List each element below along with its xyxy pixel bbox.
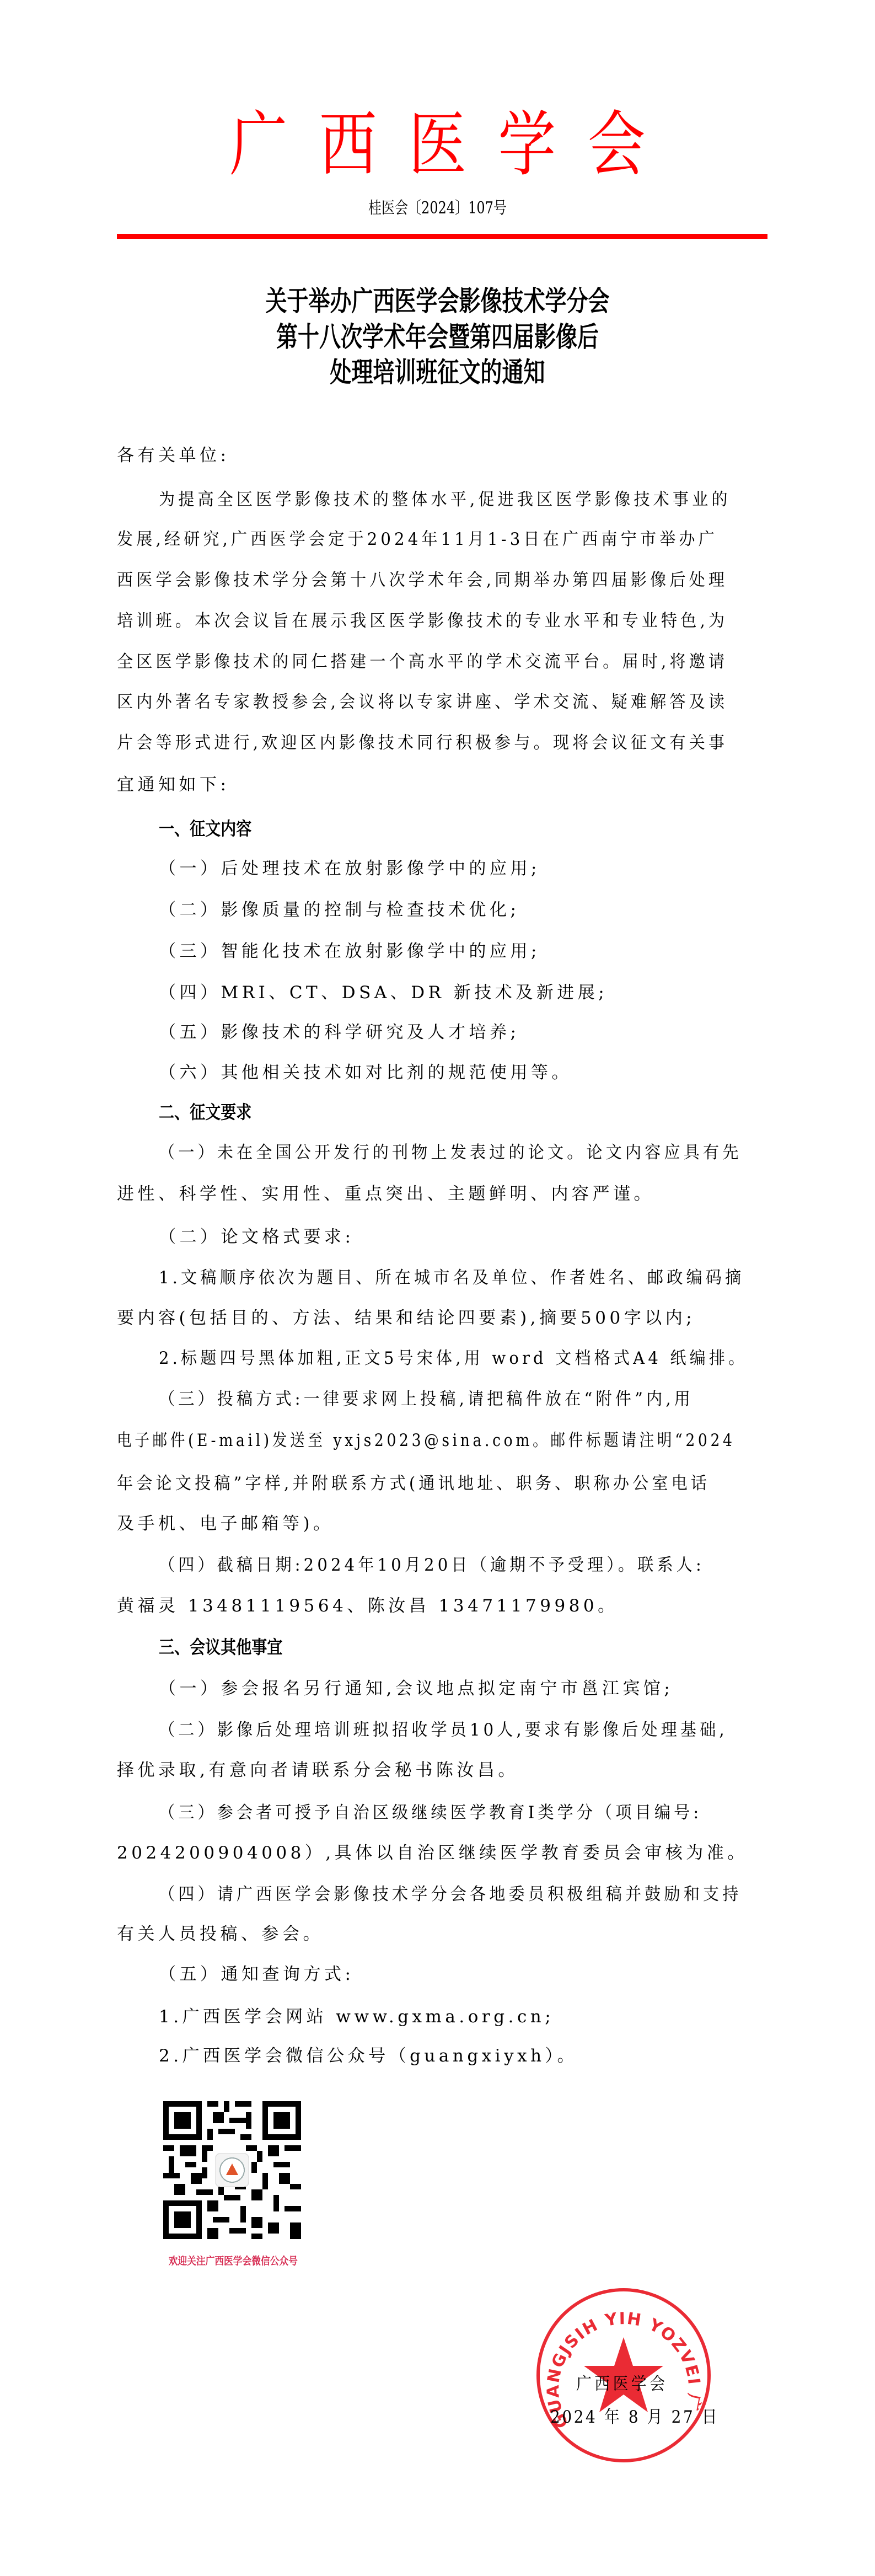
section-1-item: （三）智能化技术在放射影像学中的应用; <box>159 940 540 962</box>
intro-line: 西医学会影像技术学分会第十八次学术年会,同期举办第四届影像后处理 <box>117 569 728 591</box>
section-heading-1: 一、征文内容 <box>159 818 251 840</box>
section-3-line: 2024200904008）,具体以自治区继续医学教育委员会审核为准。 <box>117 1842 748 1864</box>
section-2-email-line: 电子邮件(E-mail)发送至 yxjs2023@sina.com。邮件标题请注… <box>117 1429 736 1452</box>
signature-date: 2024 年 8 月 27 日 <box>550 2406 719 2428</box>
section-2-line: 1.文稿顺序依次为题目、所在城市名及单位、作者姓名、邮政编码摘 <box>159 1267 744 1289</box>
intro-line: 培训班。本次会议旨在展示我区医学影像技术的专业水平和专业特色,为 <box>117 610 728 632</box>
section-2-contacts-line: 黄福灵 13481119564、陈汝昌 13471179980。 <box>117 1595 619 1617</box>
document-number: 桂医会〔2024〕107号 <box>88 197 788 219</box>
section-2-line: 及手机、电子邮箱等)。 <box>117 1513 334 1535</box>
notice-title-line-2: 第十八次学术年会暨第四届影像后 <box>96 319 779 355</box>
section-3-line: （三）参会者可授予自治区级继续医学教育Ⅰ类学分（项目编号: <box>159 1802 702 1824</box>
section-1-item: （五）影像技术的科学研究及人才培养; <box>159 1021 519 1043</box>
section-2-deadline-line: （四）截稿日期:2024年10月20日（逾期不予受理）。联系人: <box>159 1554 705 1576</box>
section-3-line: （五）通知查询方式: <box>159 1963 354 1985</box>
notice-title-line-3: 处理培训班征文的通知 <box>96 355 779 390</box>
section-2-line: （三）投稿方式:一律要求网上投稿,请把稿件放在“附件”内,用 <box>159 1388 694 1410</box>
section-3-line: （一）参会报名另行通知,会议地点拟定南宁市邕江宾馆; <box>159 1678 673 1700</box>
section-2-line: 年会论文投稿”字样,并附联系方式(通讯地址、职务、职称办公室电话 <box>117 1472 710 1495</box>
section-2-line: （二）论文格式要求: <box>159 1226 354 1248</box>
qr-caption: 欢迎关注广西医学会微信公众号 <box>169 2254 296 2268</box>
intro-line: 发展,经研究,广西医学会定于2024年11月1-3日在广西南宁市举办广 <box>117 528 718 550</box>
website-line: 1.广西医学会网站 www.gxma.org.cn; <box>159 2006 554 2028</box>
section-3-line: 择优录取,有意向者请联系分会秘书陈汝昌。 <box>117 1759 519 1781</box>
intro-line: 宜通知如下: <box>117 774 229 796</box>
section-3-line: 有关人员投稿、参会。 <box>117 1923 324 1945</box>
section-heading-3: 三、会议其他事宜 <box>159 1636 282 1658</box>
intro-line: 片会等形式进行,欢迎区内影像技术同行积极参与。现将会议征文有关事 <box>117 732 728 754</box>
intro-line: 为提高全区医学影像技术的整体水平,促进我区医学影像技术事业的 <box>159 489 731 511</box>
masthead-title: 广西医学会 <box>79 104 796 186</box>
section-1-item: （二）影像质量的控制与检查技术优化; <box>159 899 519 921</box>
intro-line: 全区医学影像技术的同仁搭建一个高水平的学术交流平台。届时,将邀请 <box>117 651 728 673</box>
qr-code-icon[interactable] <box>163 2101 301 2239</box>
intro-line: 区内外著名专家教授参会,会议将以专家讲座、学术交流、疑难解答及读 <box>117 691 728 713</box>
section-2-line: 2.标题四号黑体加粗,正文5号宋体,用 word 文档格式A4 纸编排。 <box>159 1347 748 1369</box>
section-heading-2: 二、征文要求 <box>159 1101 251 1123</box>
section-3-line: （二）影像后处理培训班拟招收学员10人,要求有影像后处理基础, <box>159 1719 728 1741</box>
section-1-item: （一）后处理技术在放射影像学中的应用; <box>159 858 540 880</box>
section-2-line: 要内容(包括目的、方法、结果和结论四要素),摘要500字以内; <box>117 1307 695 1329</box>
notice-title-line-1: 关于举办广西医学会影像技术学分会 <box>96 283 779 319</box>
section-3-line: （四）请广西医学会影像技术学分会各地委员积极组稿并鼓励和支持 <box>159 1883 742 1905</box>
wechat-line: 2.广西医学会微信公众号（guangxiyxh）。 <box>159 2045 578 2067</box>
section-2-line: （一）未在全国公开发行的刊物上发表过的论文。论文内容应具有先 <box>159 1142 742 1164</box>
section-1-item: （六）其他相关技术如对比剂的规范使用等。 <box>159 1062 572 1084</box>
salutation: 各有关单位: <box>117 444 229 467</box>
signature-org: 广西医学会 <box>576 2373 668 2395</box>
section-2-line: 进性、科学性、实用性、重点突出、主题鲜明、内容严谨。 <box>117 1183 654 1205</box>
red-divider-rule <box>117 234 767 239</box>
section-1-item: （四）MRI、CT、DSA、DR 新技术及新进展; <box>159 982 608 1004</box>
